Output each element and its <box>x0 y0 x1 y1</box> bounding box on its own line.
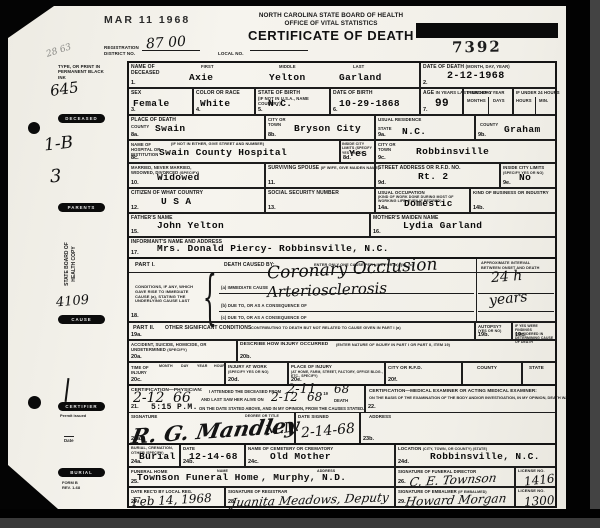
cause-b-interval-line <box>478 311 554 312</box>
field-res-county: COUNTY Graham 9b. <box>475 115 556 140</box>
hole-punch-top <box>28 122 40 134</box>
embalmer-num: 29. <box>398 499 406 505</box>
cause-num: 18. <box>131 313 139 319</box>
tab-cause: CAUSE <box>58 315 105 324</box>
part1-label: PART I. <box>135 262 155 269</box>
sob-num: 5. <box>258 107 263 113</box>
field-burial-date: DATE 12-14-68 24b. <box>180 444 245 467</box>
res-county-value: Graham <box>504 124 541 135</box>
margin-code-645: 645 <box>49 78 80 100</box>
field-injury-city: CITY OR R.F.D. 20f. <box>385 362 462 385</box>
field-race: COLOR OR RACE White 4. <box>193 88 255 115</box>
field-age: AGE IN YEARS LAST BIRTHDAY 99 7. <box>420 88 463 115</box>
address-label: ADDRESS <box>369 414 391 419</box>
address-num: 23b. <box>363 436 374 442</box>
u24-label: IF UNDER 24 HOURS <box>516 90 560 95</box>
name-middle-value: Yelton <box>269 72 306 83</box>
res-city-num: 9c. <box>378 155 386 161</box>
ind-num: 14b. <box>473 205 484 211</box>
pod-limits-value: Yes <box>349 148 367 159</box>
poi-label: PLACE OF INJURY <box>291 364 332 369</box>
cause-a-label: (a) IMMEDIATE CAUSE <box>221 285 268 290</box>
burial-date-num: 24b. <box>183 459 194 465</box>
field-pod-county: PLACE OF DEATH COUNTY Swain 8a. <box>128 115 265 140</box>
registration-district-label2: DISTRICT NO. <box>104 51 135 56</box>
field-physician-signature: SIGNATURE DEGREE OR TITLE R. G. Mandley … <box>128 412 295 444</box>
pod-city-value: Bryson City <box>294 123 361 134</box>
scan-strip-bottom <box>0 518 600 528</box>
age-value: 99 <box>435 98 449 110</box>
pod-limits-num: 8d. <box>343 155 351 161</box>
u1-divider <box>488 97 489 114</box>
ssn-label: SOCIAL SECURITY NUMBER <box>268 190 339 196</box>
dod-value: 2-12-1968 <box>447 71 505 82</box>
res-limits-value: No <box>519 172 531 183</box>
name-middle-header: MIDDLE <box>279 64 296 69</box>
sob-value: N.C. <box>268 98 292 109</box>
toi-year: YEAR <box>197 364 207 368</box>
occ-num: 14a. <box>378 205 389 211</box>
field-industry: KIND OF BUSINESS OR INDUSTRY 14b. <box>470 188 556 213</box>
spouse-sub: (IF WIFE, GIVE MAIDEN NAME) <box>321 166 380 170</box>
field-pod-city-limits: INSIDE CITY LIMITS (SPECIFY YES OR NO) Y… <box>340 140 375 163</box>
exam-body: ON THE BASIS OF THE EXAMINATION OF THE B… <box>369 395 553 400</box>
field-sex: SEX Female 3. <box>128 88 193 115</box>
field-under-1yr: IF UNDER 1 YEAR MONTHS DAYS <box>463 88 513 115</box>
ink-note: TYPE, OR PRINT IN PERMANENT BLACK INK <box>58 64 110 80</box>
father-num: 15. <box>131 229 139 235</box>
part2-bold: PART II. <box>133 325 154 332</box>
director-license-value: 1416 <box>523 471 555 488</box>
name-last-header: LAST <box>353 64 364 69</box>
date-signed-value: 2-14-68 <box>300 421 355 442</box>
copy-designation: STATE BOARD OF HEALTH COPY <box>64 242 78 286</box>
field-how-injury: DESCRIBE HOW INJURY OCCURRED (ENTER NATU… <box>237 340 556 362</box>
field-time-of-injury: TIME OF INJURY MONTH DAY YEAR HOUR 20c. <box>128 362 225 385</box>
scanned-death-certificate: { "header": { "received_stamp": "MAR 11 … <box>0 0 600 528</box>
certificate-sheet: MAR 11 1968 NORTH CAROLINA STATE BOARD O… <box>8 6 566 509</box>
field-father: FATHER'S NAME John Yelton 15. <box>128 213 370 237</box>
field-hospital: NAME OF HOSPITAL OR INSTITUTION (IF NOT … <box>128 140 340 163</box>
agency-line2: OFFICE OF VITAL STATISTICS <box>236 20 426 28</box>
field-findings: IF YES WERE FINDINGS CONSIDERED IN DETER… <box>512 322 556 340</box>
citizen-value: U S A <box>161 196 192 207</box>
margin-code-4109: 4109 <box>55 293 89 311</box>
margin-code-3: 3 <box>49 166 62 188</box>
field-marital: MARRIED, NEVER MARRIED, WIDOWED, DIVORCE… <box>128 163 265 188</box>
certificate-number: 7392 <box>452 38 502 57</box>
field-burial-type: BURIAL, CREMATION, OTHER (SPECIFY) Buria… <box>128 444 180 467</box>
pencil-scribble: 28 63 <box>45 42 73 59</box>
how-sub: (ENTER NATURE OF INJURY IN PART I OR PAR… <box>336 343 450 348</box>
conditions-note: CONDITIONS, IF ANY, WHICH GAVE RISE TO I… <box>135 285 199 304</box>
inj-city-label: CITY OR R.F.D. <box>388 365 422 371</box>
findings-num: 19c. <box>515 332 526 338</box>
tab-burial: BURIAL <box>58 468 105 477</box>
field-date-received: DATE REC'D BY LOCAL REG. Feb 14, 1968 27… <box>128 487 225 507</box>
field-address: ADDRESS 23b. <box>360 412 556 444</box>
rule-form-right <box>555 61 557 508</box>
permit-issued-note: Permit issued <box>60 413 86 418</box>
burial-date-value: 12-14-68 <box>189 451 238 462</box>
location-value: Robbinsville, N.C. <box>430 451 540 462</box>
field-citizen: CITIZEN OF WHAT COUNTRY U S A 12. <box>128 188 265 213</box>
field-date-of-birth: DATE OF BIRTH 10-29-1868 6. <box>330 88 420 115</box>
field-accident: ACCIDENT, SUICIDE, HOMICIDE, OR UNDETERM… <box>128 340 237 362</box>
ind-label: KIND OF BUSINESS OR INDUSTRY <box>473 190 549 195</box>
street-num: 9d. <box>378 180 386 186</box>
name-num: 1. <box>131 80 136 86</box>
sex-label: SEX <box>131 90 141 96</box>
pod-city-label2: TOWN <box>268 122 281 127</box>
toi-label2: INJURY <box>131 370 147 375</box>
field-mother: MOTHER'S MAIDEN NAME Lydia Garland 16. <box>370 213 556 237</box>
field-res-state: USUAL RESIDENCE STATE N.C. 9a. <box>375 115 475 140</box>
u1-months-header: MONTHS <box>467 98 486 103</box>
race-value: White <box>200 98 231 109</box>
pod-county-value: Swain <box>155 123 186 134</box>
hosp-value: Swain County Hospital <box>159 147 287 158</box>
res-state-value: N.C. <box>402 126 426 137</box>
agency-line1: NORTH CAROLINA STATE BOARD OF HEALTH <box>236 12 426 20</box>
tab-certifier: CERTIFIER <box>58 402 105 411</box>
res-city-value: Robbinsville <box>416 146 489 157</box>
received-date-stamp: MAR 11 1968 <box>104 14 190 26</box>
phys-alive-year: 68 <box>307 390 322 404</box>
exam-num: 22. <box>368 404 376 410</box>
field-pod-city: CITY OR TOWN Bryson City 8b. <box>265 115 375 140</box>
dob-value: 10-29-1868 <box>339 98 400 109</box>
local-no-label: LOCAL NO. <box>218 51 244 56</box>
cemetery-num: 24c. <box>248 459 259 465</box>
field-injury-county: COUNTY <box>462 362 522 385</box>
director-num: 26. <box>398 479 406 485</box>
section-cause-of-death: PART I. DEATH CAUSED BY: ENTER ONLY ONE … <box>128 258 556 322</box>
burial-type-value: Burial <box>139 451 176 462</box>
ssn-num: 13. <box>268 205 276 211</box>
field-name-of-deceased: NAME OF DECEASED FIRST MIDDLE LAST Axie … <box>128 62 420 88</box>
field-state-of-birth: STATE OF BIRTH (IF NOT IN U.S.A., NAME C… <box>255 88 330 115</box>
autopsy-num: 19b. <box>478 332 489 338</box>
field-registrar-signature: SIGNATURE OF REGISTRAR Juanita Meadows, … <box>225 487 395 507</box>
work-sub: (SPECIFY YES OR NO) <box>228 370 269 374</box>
field-informant: INFORMANT'S NAME AND ADDRESS Mrs. Donald… <box>128 237 556 258</box>
hosp-sub: (IF NOT IN EITHER, GIVE STREET AND NUMBE… <box>171 142 264 147</box>
field-res-city-limits: INSIDE CITY LIMITS (SPECIFY YES OR NO) N… <box>500 163 556 188</box>
part2-num: 19a. <box>131 332 142 338</box>
burial-type-num: 24a. <box>131 459 142 465</box>
field-funeral-home: FUNERAL HOME NAME ADDRESS Townson Funera… <box>128 467 395 487</box>
fh-name-value: Townson Funeral Home <box>137 472 259 483</box>
phys-time-value: 5:15 P.M. <box>151 403 198 412</box>
age-num: 7. <box>423 107 428 113</box>
fh-num: 25. <box>131 479 139 485</box>
u24-min-header: MIN. <box>539 98 548 103</box>
received-num: 27. <box>131 499 139 505</box>
name-first-value: Axie <box>189 72 213 83</box>
tab-deceased: DECEASED <box>58 114 105 123</box>
field-director-signature: SIGNATURE OF FUNERAL DIRECTOR C. E. Town… <box>395 467 515 487</box>
scan-corner-top-left <box>8 6 54 38</box>
inj-state-label: STATE <box>529 365 544 371</box>
spouse-label: SURVIVING SPOUSE (IF WIFE, GIVE MAIDEN N… <box>268 165 379 171</box>
tab-parents: PARENTS <box>58 203 105 212</box>
phys-opinion-text: ON THE DATE STATED ABOVE, AND IN MY OPIN… <box>199 406 364 411</box>
dod-sub: (MONTH, DAY, YEAR) <box>466 64 510 69</box>
rule-cause-top <box>127 257 557 259</box>
part2-sub: CONTRIBUTING TO DEATH BUT NOT RELATED TO… <box>251 326 401 331</box>
location-num: 24d. <box>398 459 409 465</box>
fh-address-value: , Murphy, N.D. <box>261 472 346 483</box>
document-title: CERTIFICATE OF DEATH <box>236 28 426 43</box>
marital-num: 10. <box>131 180 139 186</box>
informant-num: 17. <box>131 250 139 256</box>
header-title-block: NORTH CAROLINA STATE BOARD OF HEALTH OFF… <box>236 12 426 43</box>
name-label2: DECEASED <box>131 70 160 76</box>
res-county-label: COUNTY <box>480 122 498 127</box>
cause-c-label: (c) DUE TO, OR AS A CONSEQUENCE OF <box>221 315 307 320</box>
mother-value: Lydia Garland <box>403 220 482 231</box>
field-res-city: CITY OR TOWN Robbinsville 9c. <box>375 140 556 163</box>
rule-cert-top <box>127 384 557 386</box>
pod-county-sub: COUNTY <box>131 124 149 129</box>
dod-label: DATE OF DEATH (MONTH, DAY, YEAR) <box>423 64 510 70</box>
informant-value: Mrs. Donald Piercy- Robbinsville, N.C. <box>157 243 389 254</box>
res-city-label2: TOWN <box>378 147 391 152</box>
certification-examiner: CERTIFICATION—MEDICAL EXAMINER OR ACTING… <box>365 385 556 412</box>
name-last-value: Garland <box>339 72 382 83</box>
field-director-license: LICENSE NO. 1416 <box>515 467 556 487</box>
spouse-num: 11. <box>268 180 275 186</box>
father-value: John Yelton <box>157 220 224 231</box>
res-state-num: 9a. <box>378 132 386 138</box>
pod-city-num: 8b. <box>268 132 276 138</box>
accident-label: ACCIDENT, SUICIDE, HOMICIDE, OR UNDETERM… <box>131 342 235 353</box>
field-ssn: SOCIAL SECURITY NUMBER 13. <box>265 188 375 213</box>
certification-physician: CERTIFICATION—PHYSICIAN: I ATTENDED THE … <box>128 385 365 412</box>
interval-header1: APPROXIMATE INTERVAL <box>481 261 530 266</box>
toi-num: 20c. <box>131 377 142 383</box>
sex-value: Female <box>133 98 170 109</box>
hole-punch-bottom <box>28 396 41 409</box>
toi-day: DAY <box>181 364 189 368</box>
date-signed-label: DATE SIGNED <box>298 414 329 419</box>
cause-b-interval: years <box>488 289 528 309</box>
work-label: INJURY AT WORK <box>228 364 267 369</box>
occ-value: Domestic <box>404 198 453 209</box>
pod-county-num: 8a. <box>131 132 139 138</box>
margin-code-1b: 1-B <box>43 133 74 156</box>
u24-divider <box>535 97 536 114</box>
field-cemetery: NAME OF CEMETERY OR CREMATORY Old Mother… <box>245 444 395 467</box>
name-first-header: FIRST <box>201 64 214 69</box>
cause-b-value: Arteriosclerosis <box>267 279 388 301</box>
accident-sub: (SPECIFY) <box>167 348 187 352</box>
race-num: 4. <box>196 107 201 113</box>
how-num: 20b. <box>240 354 251 360</box>
rule-form-bottom <box>127 506 557 508</box>
rule-form-top <box>127 61 557 63</box>
sig-num: 23a. <box>131 436 142 442</box>
dod-label-text: DATE OF DEATH <box>423 64 464 70</box>
field-under-24h: IF UNDER 24 HOURS HOURS MIN. <box>513 88 556 115</box>
field-embalmer-signature: SIGNATURE OF EMBALMER (IF EMBALMED) Howa… <box>395 487 515 507</box>
field-injury-state: STATE <box>522 362 556 385</box>
cause-a-interval: 24 h <box>490 268 522 286</box>
registrar-num: 28. <box>228 499 236 505</box>
how-label: DESCRIBE HOW INJURY OCCURRED <box>240 342 328 348</box>
res-limits-label: INSIDE CITY LIMITS <box>503 165 544 170</box>
res-county-num: 9b. <box>478 132 486 138</box>
inj-city-num: 20f. <box>388 377 397 383</box>
marital-value: Widowed <box>157 172 200 183</box>
work-num: 20d. <box>228 377 239 383</box>
cause-b-label: (b) DUE TO, OR AS A CONSEQUENCE OF <box>221 303 307 308</box>
interval-divider <box>476 259 477 321</box>
phys-lastsaw-text: AND LAST SAW HER ALIVE ON <box>201 397 264 402</box>
field-date-of-death: DATE OF DEATH (MONTH, DAY, YEAR) 2-12-19… <box>420 62 556 88</box>
res-state-header: STATE <box>378 126 392 131</box>
dod-num: 2. <box>423 80 428 86</box>
location-label-text: LOCATION <box>398 446 421 451</box>
inj-county-label: COUNTY <box>477 365 497 371</box>
dob-num: 6. <box>333 107 338 113</box>
field-date-signed: DATE SIGNED 2-14-68 <box>295 412 360 444</box>
cause-b-line <box>219 311 474 312</box>
local-no-line <box>250 50 308 51</box>
race-label: COLOR OR RACE <box>196 90 240 96</box>
phys-alive-date: 2-12 <box>271 390 298 404</box>
u1-label: IF UNDER 1 YEAR <box>467 90 505 95</box>
registration-district-line <box>142 50 200 51</box>
form-note-2: REV. 1-68 <box>62 485 80 490</box>
phys-num: 21. <box>131 404 139 410</box>
age-label-text: AGE <box>423 90 434 96</box>
dob-label: DATE OF BIRTH <box>333 90 373 96</box>
sig-label: SIGNATURE <box>131 414 157 419</box>
field-autopsy: AUTOPSY? (YES OR NO) 19b. <box>475 322 512 340</box>
scan-strip-right <box>590 0 600 528</box>
part2-label: OTHER SIGNIFICANT CONDITIONS <box>165 325 251 331</box>
street-value: Rt. 2 <box>418 171 449 182</box>
field-embalmer-license: LICENSE NO. 1300 <box>515 487 556 507</box>
exam-title: CERTIFICATION—MEDICAL EXAMINER OR ACTING… <box>369 388 537 394</box>
pen-stroke <box>65 378 70 402</box>
rule-burial-top <box>127 443 557 445</box>
field-spouse: SURVIVING SPOUSE (IF WIFE, GIVE MAIDEN N… <box>265 163 375 188</box>
spouse-label-text: SURVIVING SPOUSE <box>268 165 319 171</box>
res-limits-label-text: INSIDE CITY LIMITS <box>503 165 544 170</box>
field-injury-at-work: INJURY AT WORK (SPECIFY YES OR NO) 20d. <box>225 362 288 385</box>
cemetery-value: Old Mother <box>270 451 331 462</box>
scan-corner-bottom-left <box>8 465 58 509</box>
accident-num: 20a. <box>131 354 142 360</box>
hosp-num: 8c. <box>131 155 139 161</box>
poi-sub: (AT HOME, FARM, STREET, FACTORY, OFFICE … <box>291 370 383 378</box>
field-occupation: USUAL OCCUPATION (KIND OF WORK DONE DURI… <box>375 188 470 213</box>
mother-num: 16. <box>373 229 381 235</box>
u24-hours-header: HOURS <box>516 98 532 103</box>
field-part2: PART II. OTHER SIGNIFICANT CONDITIONS CO… <box>128 322 475 340</box>
phys-death-text: DEATH <box>334 398 348 403</box>
field-res-street: STREET ADDRESS OR R.F.D. NO. Rt. 2 9d. <box>375 163 500 188</box>
registration-district-label1: REGISTRATION <box>104 45 139 50</box>
rule-form-left <box>127 61 129 508</box>
toi-hour: HOUR <box>214 364 225 368</box>
toi-month: MONTH <box>159 364 173 368</box>
u1-days-header: DAYS <box>493 98 505 103</box>
redaction-bar <box>416 23 558 38</box>
res-limits-num: 9e. <box>503 180 511 186</box>
date-note: Date <box>64 436 74 444</box>
citizen-num: 12. <box>131 205 139 211</box>
res-label: USUAL RESIDENCE <box>378 117 421 122</box>
field-burial-location: LOCATION (CITY, TOWN, OR COUNTY) (STATE)… <box>395 444 556 467</box>
sex-num: 3. <box>131 107 136 113</box>
